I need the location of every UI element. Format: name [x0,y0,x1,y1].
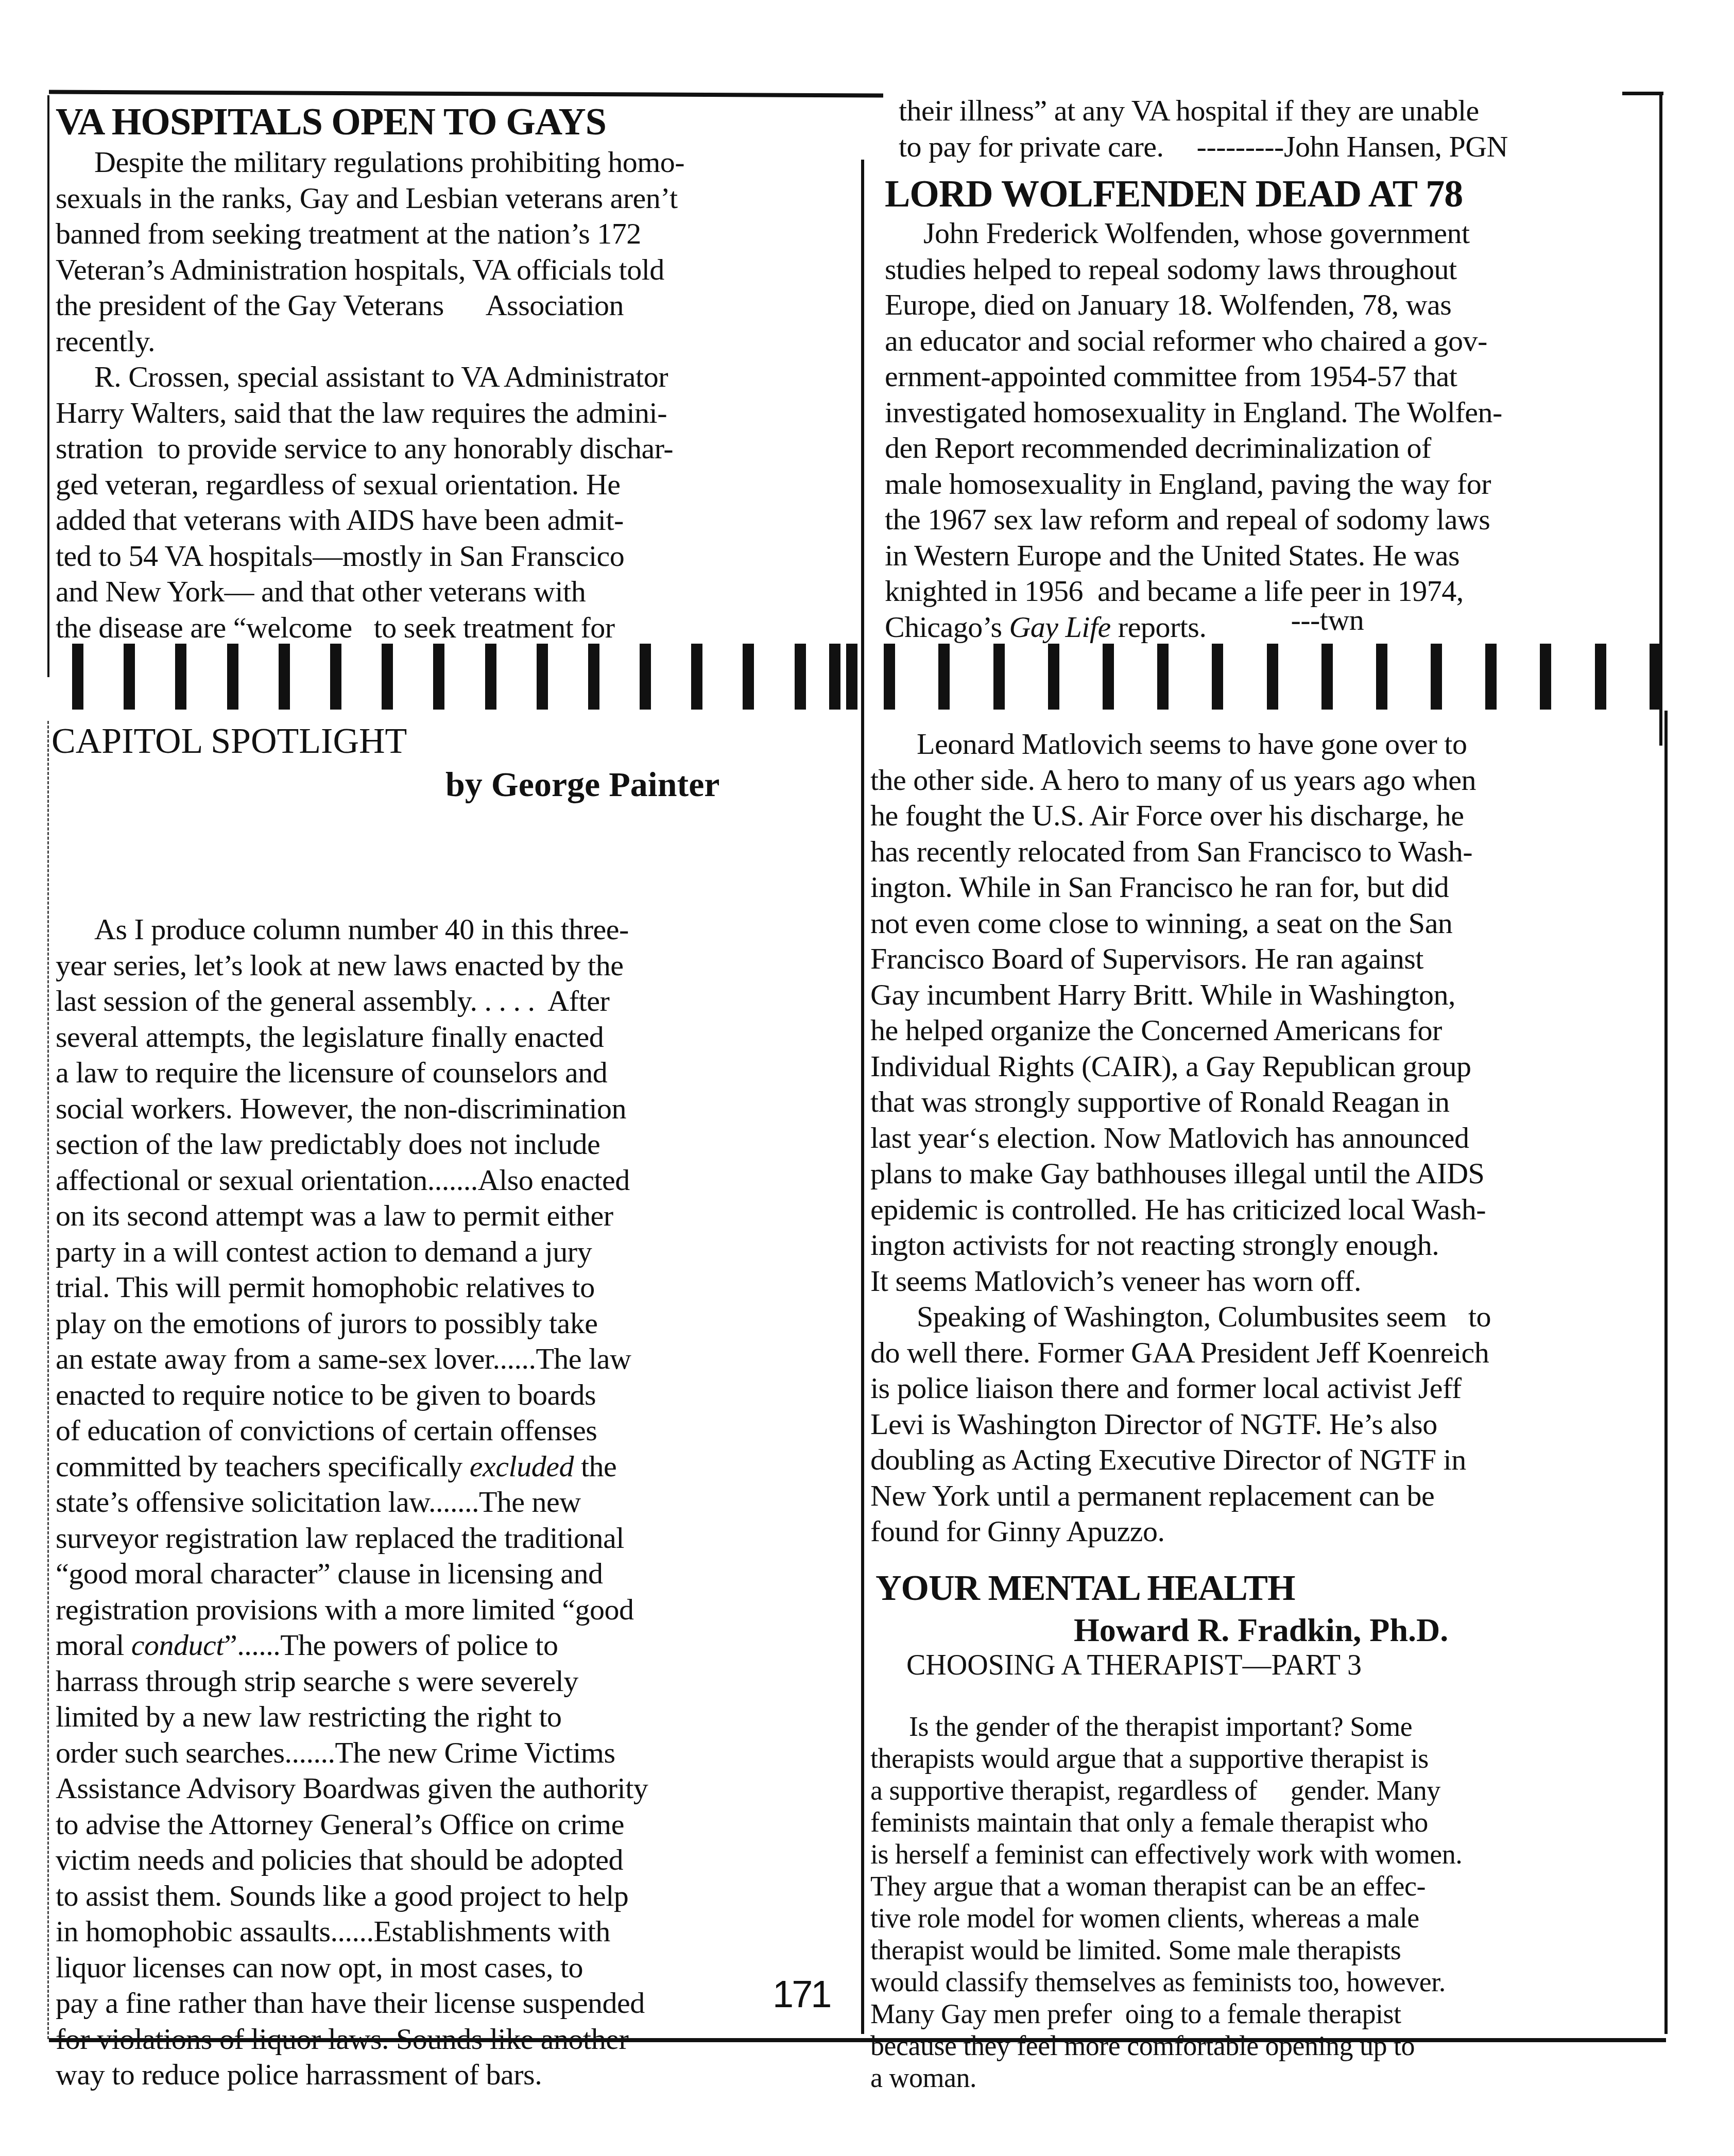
text-line: liquor licenses can now opt, in most cas… [56,1950,838,1986]
article-body: Is the gender of the therapist important… [870,1711,1643,2094]
divider-bar [938,644,950,710]
text-line: Many Gay men prefer oing to a female the… [870,1998,1643,2030]
text-line: victim needs and policies that should be… [56,1842,838,1878]
text-line: the disease are “welcome to seek treatme… [56,610,838,646]
text-line: Europe, died on January 18. Wolfenden, 7… [885,287,1657,323]
headline-capitol-spotlight: CAPITOL SPOTLIGHT [51,723,834,760]
article-capitol-spotlight: CAPITOL SPOTLIGHT by George Painter [51,723,834,802]
text-line: Individual Rights (CAIR), a Gay Republic… [870,1048,1643,1084]
text-line: enacted to require notice to be given to… [56,1377,838,1413]
divider-bar [829,644,840,710]
divider-bar [72,644,83,710]
byline-george-painter: by George Painter [445,767,834,802]
article-va-hospitals: VA HOSPITALS OPEN TO GAYS Despite the mi… [56,103,838,645]
text-line: ington. While in San Francisco he ran fo… [870,869,1643,905]
text-fragment: the [574,1450,616,1483]
text-line: the president of the Gay Veterans Associ… [56,287,838,323]
text-line: banned from seeking treatment at the nat… [56,216,838,252]
text-line: is police liaison there and former local… [870,1370,1643,1406]
text-line: added that veterans with AIDS have been … [56,502,838,538]
text-line: several attempts, the legislature finall… [56,1019,838,1055]
text-line: not even come close to winning, a seat o… [870,905,1643,941]
text-line: New York until a permanent replacement c… [870,1478,1643,1514]
publication-name-gay-life: Gay Life [1009,610,1110,644]
text-fragment: ”......The powers of police to [224,1628,558,1662]
text-line: trial. This will permit homophobic relat… [56,1269,838,1305]
text-line: tive role model for women clients, where… [870,1902,1643,1934]
top-border-rule [49,90,883,97]
article-body: their illness” at any VA hospital if the… [899,93,1671,164]
text-line: As I produce column number 40 in this th… [56,911,838,947]
text-line: of education of convictions of certain o… [56,1412,838,1448]
text-fragment: to pay for private care. [899,130,1164,163]
text-line: an estate away from a same-sex lover....… [56,1341,838,1377]
text-line: male homosexuality in England, paving th… [885,466,1657,502]
headline-your-mental-health: YOUR MENTAL HEALTH [875,1571,1643,1607]
text-line: ernment-appointed committee from 1954-57… [885,358,1657,394]
column-divider-line [861,160,864,2034]
left-border-rule-lower [47,721,50,2039]
text-line: Despite the military regulations prohibi… [56,144,838,180]
text-line: order such searches.......The new Crime … [56,1735,838,1771]
divider-bar [1267,644,1278,710]
divider-bar [884,644,895,710]
text-line: for violations of liquor laws. Sounds li… [56,2021,838,2057]
text-line: recently. [56,323,838,359]
divider-bar [124,644,135,710]
divider-bar [537,644,548,710]
divider-bar [691,644,702,710]
article-mental-health: YOUR MENTAL HEALTH Howard R. Fradkin, Ph… [870,1571,1643,2094]
attribution-twn: ---twn [1291,603,1364,636]
text-line: last session of the general assembly. . … [56,983,838,1019]
emphasis-conduct: conduct [131,1628,224,1662]
text-line: in homophobic assaults......Establishmen… [56,1913,838,1950]
text-line: It seems Matlovich’s veneer has worn off… [870,1263,1643,1299]
text-line: surveyor registration law replaced the t… [56,1520,838,1556]
divider-bar [330,644,341,710]
text-line: stration to provide service to any honor… [56,430,838,467]
divider-bar [795,644,806,710]
text-line: John Frederick Wolfenden, whose governme… [885,215,1657,251]
article-wolfenden: LORD WOLFENDEN DEAD AT 78 John Frederick… [885,175,1657,645]
text-line: studies helped to repeal sodomy laws thr… [885,251,1657,287]
divider-bar [1540,644,1551,710]
article-body: Despite the military regulations prohibi… [56,144,838,645]
text-fragment: moral [56,1628,131,1662]
divider-bar [1321,644,1333,710]
text-line: the other side. A hero to many of us yea… [870,762,1643,798]
text-line: he helped organize the Concerned America… [870,1012,1643,1048]
article-body: John Frederick Wolfenden, whose governme… [885,215,1657,645]
text-line: would classify themselves as feminists t… [870,1966,1643,1998]
text-line-with-attribution: to pay for private care. ---------John H… [899,129,1671,165]
text-line: a supportive therapist, regardless of ge… [870,1774,1643,1806]
divider-bar [1103,644,1114,710]
divider-bar [1157,644,1169,710]
text-line: do well there. Former GAA President Jeff… [870,1335,1643,1371]
text-line: affectional or sexual orientation.......… [56,1162,838,1198]
attribution-john-hansen: ---------John Hansen, PGN [1197,130,1508,163]
text-line: They argue that a woman therapist can be… [870,1870,1643,1902]
divider-bars-left [72,644,857,710]
divider-bar [382,644,393,710]
newsletter-page: VA HOSPITALS OPEN TO GAYS Despite the mi… [0,0,1734,2156]
text-line: ted to 54 VA hospitals—mostly in San Fra… [56,538,838,574]
text-line: because they feel more comfortable openi… [870,2030,1643,2062]
divider-bar [1650,644,1661,710]
divider-bar [279,644,290,710]
text-line: is herself a feminist can effectively wo… [870,1838,1643,1870]
text-line: plans to make Gay bathhouses illegal unt… [870,1155,1643,1192]
text-line: found for Ginny Apuzzo. [870,1513,1643,1549]
text-line: social workers. However, the non-discrim… [56,1091,838,1127]
text-line: knighted in 1956 and became a life peer … [885,573,1657,609]
divider-bar [1595,644,1606,710]
text-line: Levi is Washington Director of NGTF. He’… [870,1406,1643,1442]
text-line: limited by a new law restricting the rig… [56,1699,838,1735]
divider-bar [1376,644,1387,710]
text-line: to assist them. Sounds like a good proje… [56,1878,838,1914]
page-number: 171 [772,1972,830,2016]
divider-bar [1431,644,1442,710]
text-line: Assistance Advisory Boardwas given the a… [56,1770,838,1806]
text-line-with-attribution: Chicago’s Gay Life reports. ---twn [885,609,1657,645]
text-line: an educator and social reformer who chai… [885,323,1657,359]
text-line: state’s offensive solicitation law......… [56,1484,838,1520]
text-line: party in a will contest action to demand… [56,1234,838,1270]
text-line: ington activists for not reacting strong… [870,1227,1643,1263]
text-line: their illness” at any VA hospital if the… [899,93,1671,129]
text-line: sexuals in the ranks, Gay and Lesbian ve… [56,180,838,216]
text-line: section of the law predictably does not … [56,1126,838,1162]
text-fragment: Chicago’s [885,610,1009,644]
text-line: Gay incumbent Harry Britt. While in Wash… [870,977,1643,1013]
divider-bar [588,644,599,710]
divider-bar [227,644,238,710]
divider-bar [485,644,496,710]
text-line: has recently relocated from San Francisc… [870,834,1643,870]
text-line: he fought the U.S. Air Force over his di… [870,798,1643,834]
text-line: last year‘s election. Now Matlovich has … [870,1120,1643,1156]
text-line: investigated homosexuality in England. T… [885,394,1657,430]
text-line: Speaking of Washington, Columbusites see… [870,1299,1643,1335]
text-line: Is the gender of the therapist important… [870,1711,1643,1743]
text-line: therapist would be limited. Some male th… [870,1934,1643,1966]
text-line: R. Crossen, special assistant to VA Admi… [56,359,838,395]
divider-bar [1212,644,1223,710]
text-line: year series, let’s look at new laws enac… [56,947,838,984]
text-line: den Report recommended decriminalization… [885,430,1657,466]
article-body: Leonard Matlovich seems to have gone ove… [870,726,1643,1549]
text-line: to advise the Attorney General’s Office … [56,1806,838,1842]
text-fragment: reports. [1111,610,1207,644]
emphasis-excluded: excluded [470,1450,574,1483]
text-line: moral conduct”......The powers of police… [56,1627,838,1663]
text-line: the 1967 sex law reform and repeal of so… [885,502,1657,538]
headline-va-hospitals: VA HOSPITALS OPEN TO GAYS [56,103,838,141]
text-line: Harry Walters, said that the law require… [56,395,838,431]
divider-bar [1048,644,1059,710]
subhead-choosing-a-therapist: CHOOSING A THERAPIST—PART 3 [906,1651,1643,1680]
text-line: therapists would argue that a supportive… [870,1743,1643,1774]
article-body: As I produce column number 40 in this th… [56,911,838,2093]
divider-bar [743,644,754,710]
text-line: way to reduce police harrassment of bars… [56,2057,838,2093]
text-line: and New York— and that other veterans wi… [56,574,838,610]
text-fragment: committed by teachers specifically [56,1450,470,1483]
text-line: Veteran’s Administration hospitals, VA o… [56,252,838,288]
article-matlovich: Leonard Matlovich seems to have gone ove… [870,726,1643,1549]
divider-bar [433,644,444,710]
text-line: a woman. [870,2062,1643,2094]
text-line: pay a fine rather than have their licens… [56,1985,838,2021]
byline-howard-fradkin: Howard R. Fradkin, Ph.D. [1074,1614,1643,1647]
text-line: Francisco Board of Supervisors. He ran a… [870,941,1643,977]
text-line: play on the emotions of jurors to possib… [56,1305,838,1341]
left-border-rule-upper [47,95,49,677]
text-line: committed by teachers specifically exclu… [56,1448,838,1485]
text-line: on its second attempt was a law to permi… [56,1198,838,1234]
divider-bar [175,644,186,710]
text-line: that was strongly supportive of Ronald R… [870,1084,1643,1120]
headline-wolfenden: LORD WOLFENDEN DEAD AT 78 [885,175,1657,213]
right-border-rule-lower [1664,711,1668,2034]
text-line: a law to require the licensure of counse… [56,1055,838,1091]
text-line: ged veteran, regardless of sexual orient… [56,467,838,503]
text-line: feminists maintain that only a female th… [870,1806,1643,1838]
divider-bars-right [829,644,1661,710]
text-line: registration provisions with a more limi… [56,1592,838,1628]
divider-bar [993,644,1005,710]
text-line: doubling as Acting Executive Director of… [870,1442,1643,1478]
article-va-continued: their illness” at any VA hospital if the… [899,93,1671,164]
divider-bar [1485,644,1497,710]
text-line: harrass through strip searche s were sev… [56,1663,838,1699]
capitol-spotlight-body: As I produce column number 40 in this th… [56,911,838,2093]
text-line: Leonard Matlovich seems to have gone ove… [870,726,1643,762]
text-line: “good moral character” clause in licensi… [56,1556,838,1592]
divider-bar [640,644,651,710]
text-line: in Western Europe and the United States.… [885,538,1657,574]
text-line: epidemic is controlled. He has criticize… [870,1192,1643,1228]
